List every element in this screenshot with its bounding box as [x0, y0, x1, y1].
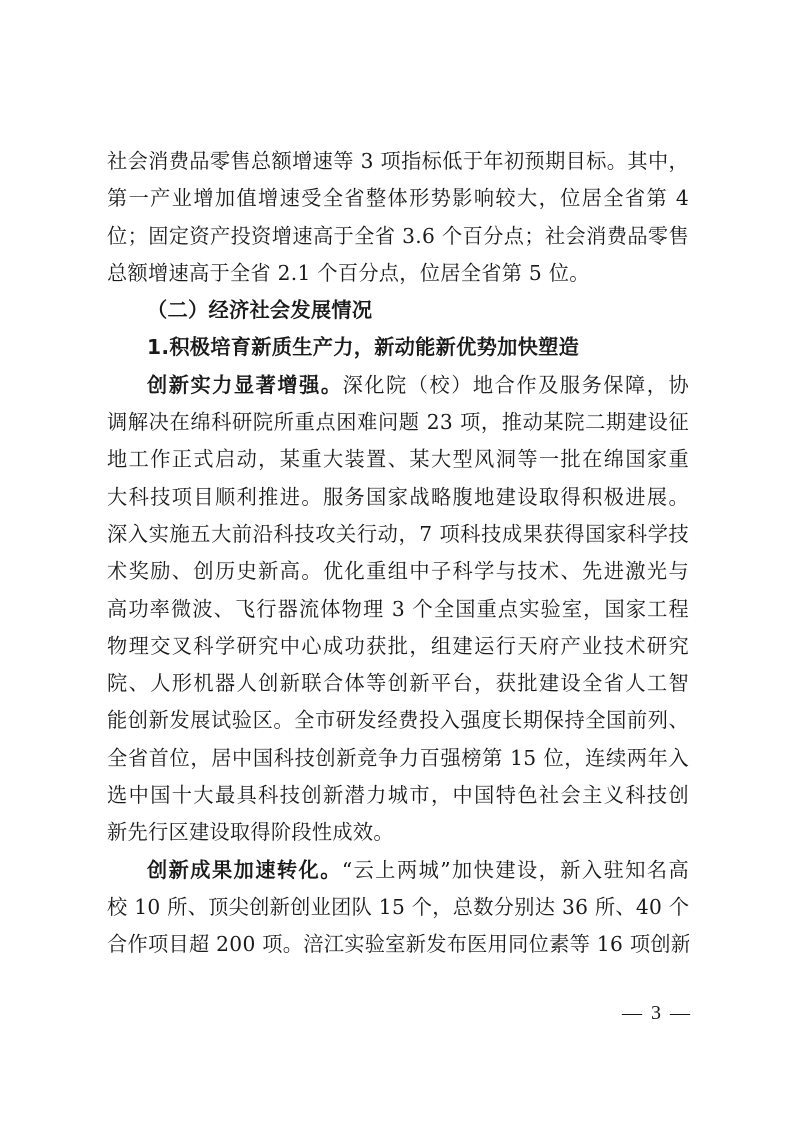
text-line: 位；固定资产投资增速高于全省 3.6 个百分点；社会消费品零售 — [107, 218, 689, 255]
paragraph-text: “云上两城”加快建设，新入驻知名高 — [342, 858, 689, 882]
text-line: 大科技项目顺利推进。服务国家战略腹地建设取得积极进展。 — [107, 479, 689, 516]
subsection-heading: 1.积极培育新质生产力，新动能新优势加快塑造 — [107, 329, 689, 366]
text-line: 物理交叉科学研究中心成功获批，组建运行天府产业技术研究 — [107, 628, 689, 665]
text-line: 调解决在绵科研院所重点困难问题 23 项，推动某院二期建设征 — [107, 404, 689, 441]
text-line: 能创新发展试验区。全市研发经费投入强度长期保持全国前列、 — [107, 702, 689, 739]
paragraph-first-line: 创新实力显著增强。深化院（校）地合作及服务保障，协 — [107, 367, 689, 404]
paragraph-lead: 创新成果加速转化。 — [147, 858, 342, 882]
paragraph-first-line: 创新成果加速转化。“云上两城”加快建设，新入驻知名高 — [107, 852, 689, 889]
text-line: 术奖励、创历史新高。优化重组中子科学与技术、先进激光与 — [107, 553, 689, 590]
paragraph-text: 深化院（校）地合作及服务保障，协 — [343, 373, 689, 397]
text-line: 校 10 所、顶尖创新创业团队 15 个，总数分别达 36 所、40 个， — [107, 889, 689, 926]
text-line: 全省首位，居中国科技创新竞争力百强榜第 15 位，连续两年入 — [107, 740, 689, 777]
paragraph-lead: 创新实力显著增强。 — [147, 373, 343, 397]
text-line: 地工作正式启动，某重大装置、某大型风洞等一批在绵国家重 — [107, 441, 689, 478]
text-line: 合作项目超 200 项。涪江实验室新发布医用同位素等 16 项创新 — [107, 926, 689, 963]
page-number: — 3 — — [622, 1002, 692, 1025]
body-text: 社会消费品零售总额增速等 3 项指标低于年初预期目标。其中， 第一产业增加值增速… — [107, 143, 689, 964]
text-line: 选中国十大最具科技创新潜力城市，中国特色社会主义科技创 — [107, 777, 689, 814]
text-line: 高功率微波、飞行器流体物理 3 个全国重点实验室，国家工程 — [107, 591, 689, 628]
document-page: 社会消费品零售总额增速等 3 项指标低于年初预期目标。其中， 第一产业增加值增速… — [0, 0, 793, 1122]
text-line: 新先行区建设取得阶段性成效。 — [107, 814, 689, 851]
text-line: 总额增速高于全省 2.1 个百分点，位居全省第 5 位。 — [107, 255, 689, 292]
text-line: 第一产业增加值增速受全省整体形势影响较大，位居全省第 4 — [107, 180, 689, 217]
text-line: 社会消费品零售总额增速等 3 项指标低于年初预期目标。其中， — [107, 143, 689, 180]
section-heading: （二）经济社会发展情况 — [107, 292, 689, 329]
text-line: 院、人形机器人创新联合体等创新平台，获批建设全省人工智 — [107, 665, 689, 702]
text-line: 深入实施五大前沿科技攻关行动，7 项科技成果获得国家科学技 — [107, 516, 689, 553]
